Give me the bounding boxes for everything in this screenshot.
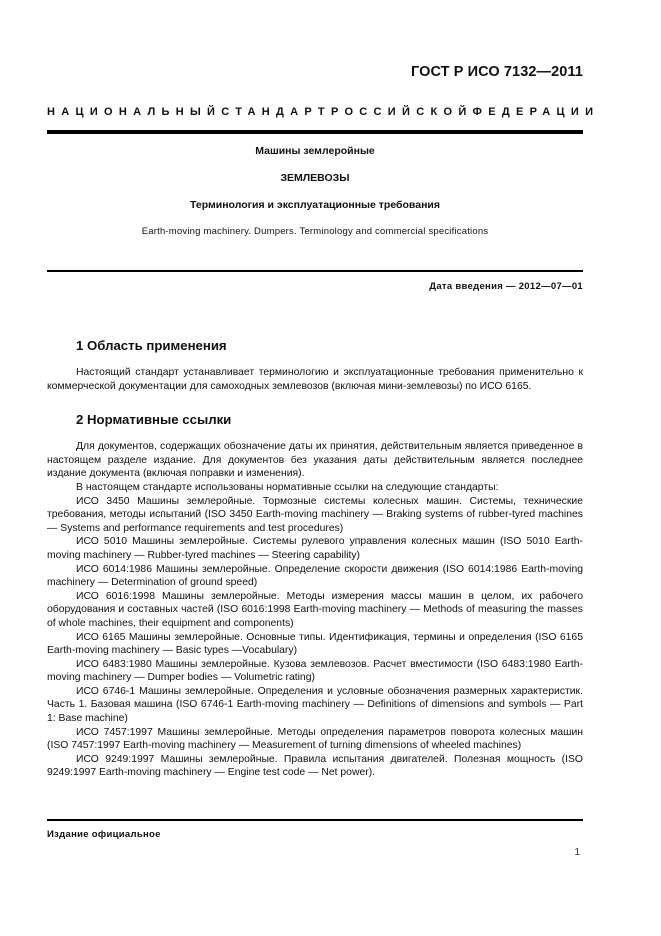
title-subject: ЗЕМЛЕВОЗЫ	[47, 169, 583, 187]
paragraph: Для документов, содержащих обозначение д…	[47, 440, 583, 481]
title-block: Машины землеройные ЗЕМЛЕВОЗЫ Терминологи…	[47, 142, 583, 241]
reference-item: ИСО 3450 Машины землеройные. Тормозные с…	[47, 495, 583, 536]
national-standard-banner: НАЦИОНАЛЬНЫЙ СТАНДАРТ РОССИЙСКОЙ ФЕДЕРАЦ…	[47, 106, 583, 118]
reference-item: ИСО 5010 Машины землеройные. Системы рул…	[47, 535, 583, 562]
title-divider	[47, 270, 583, 272]
paragraph: В настоящем стандарте использованы норма…	[47, 481, 583, 495]
introduction-date: Дата введения — 2012—07—01	[429, 281, 583, 292]
reference-item: ИСО 6016:1998 Машины землеройные. Методы…	[47, 590, 583, 631]
banner-word: НАЦИОНАЛЬНЫЙ	[47, 106, 221, 118]
title-subtitle: Терминология и эксплуатационные требован…	[47, 196, 583, 214]
paragraph: Настоящий стандарт устанавливает термино…	[47, 366, 583, 393]
reference-item: ИСО 7457:1997 Машины землеройные. Методы…	[47, 726, 583, 753]
document-body: 1 Область применения Настоящий стандарт …	[47, 336, 583, 780]
reference-item: ИСО 9249:1997 Машины землеройные. Правил…	[47, 753, 583, 780]
banner-word: РОССИЙСКОЙ	[331, 106, 473, 118]
header-divider	[47, 130, 583, 134]
section-heading: 2 Нормативные ссылки	[76, 410, 583, 430]
footer-divider	[47, 819, 583, 821]
title-english: Earth-moving machinery. Dumpers. Termino…	[47, 223, 583, 241]
page-number: 1	[574, 847, 580, 858]
reference-item: ИСО 6165 Машины землеройные. Основные ти…	[47, 631, 583, 658]
reference-item: ИСО 6483:1980 Машины землеройные. Кузова…	[47, 658, 583, 685]
document-code: ГОСТ Р ИСО 7132—2011	[411, 64, 583, 80]
reference-item: ИСО 6746-1 Машины землеройные. Определен…	[47, 685, 583, 726]
title-category: Машины землеройные	[47, 142, 583, 160]
section-heading: 1 Область применения	[76, 336, 583, 356]
edition-label: Издание официальное	[47, 829, 161, 840]
banner-word: СТАНДАРТ	[221, 106, 331, 118]
reference-item: ИСО 6014:1986 Машины землеройные. Опреде…	[47, 563, 583, 590]
banner-word: ФЕДЕРАЦИИ	[473, 106, 600, 118]
